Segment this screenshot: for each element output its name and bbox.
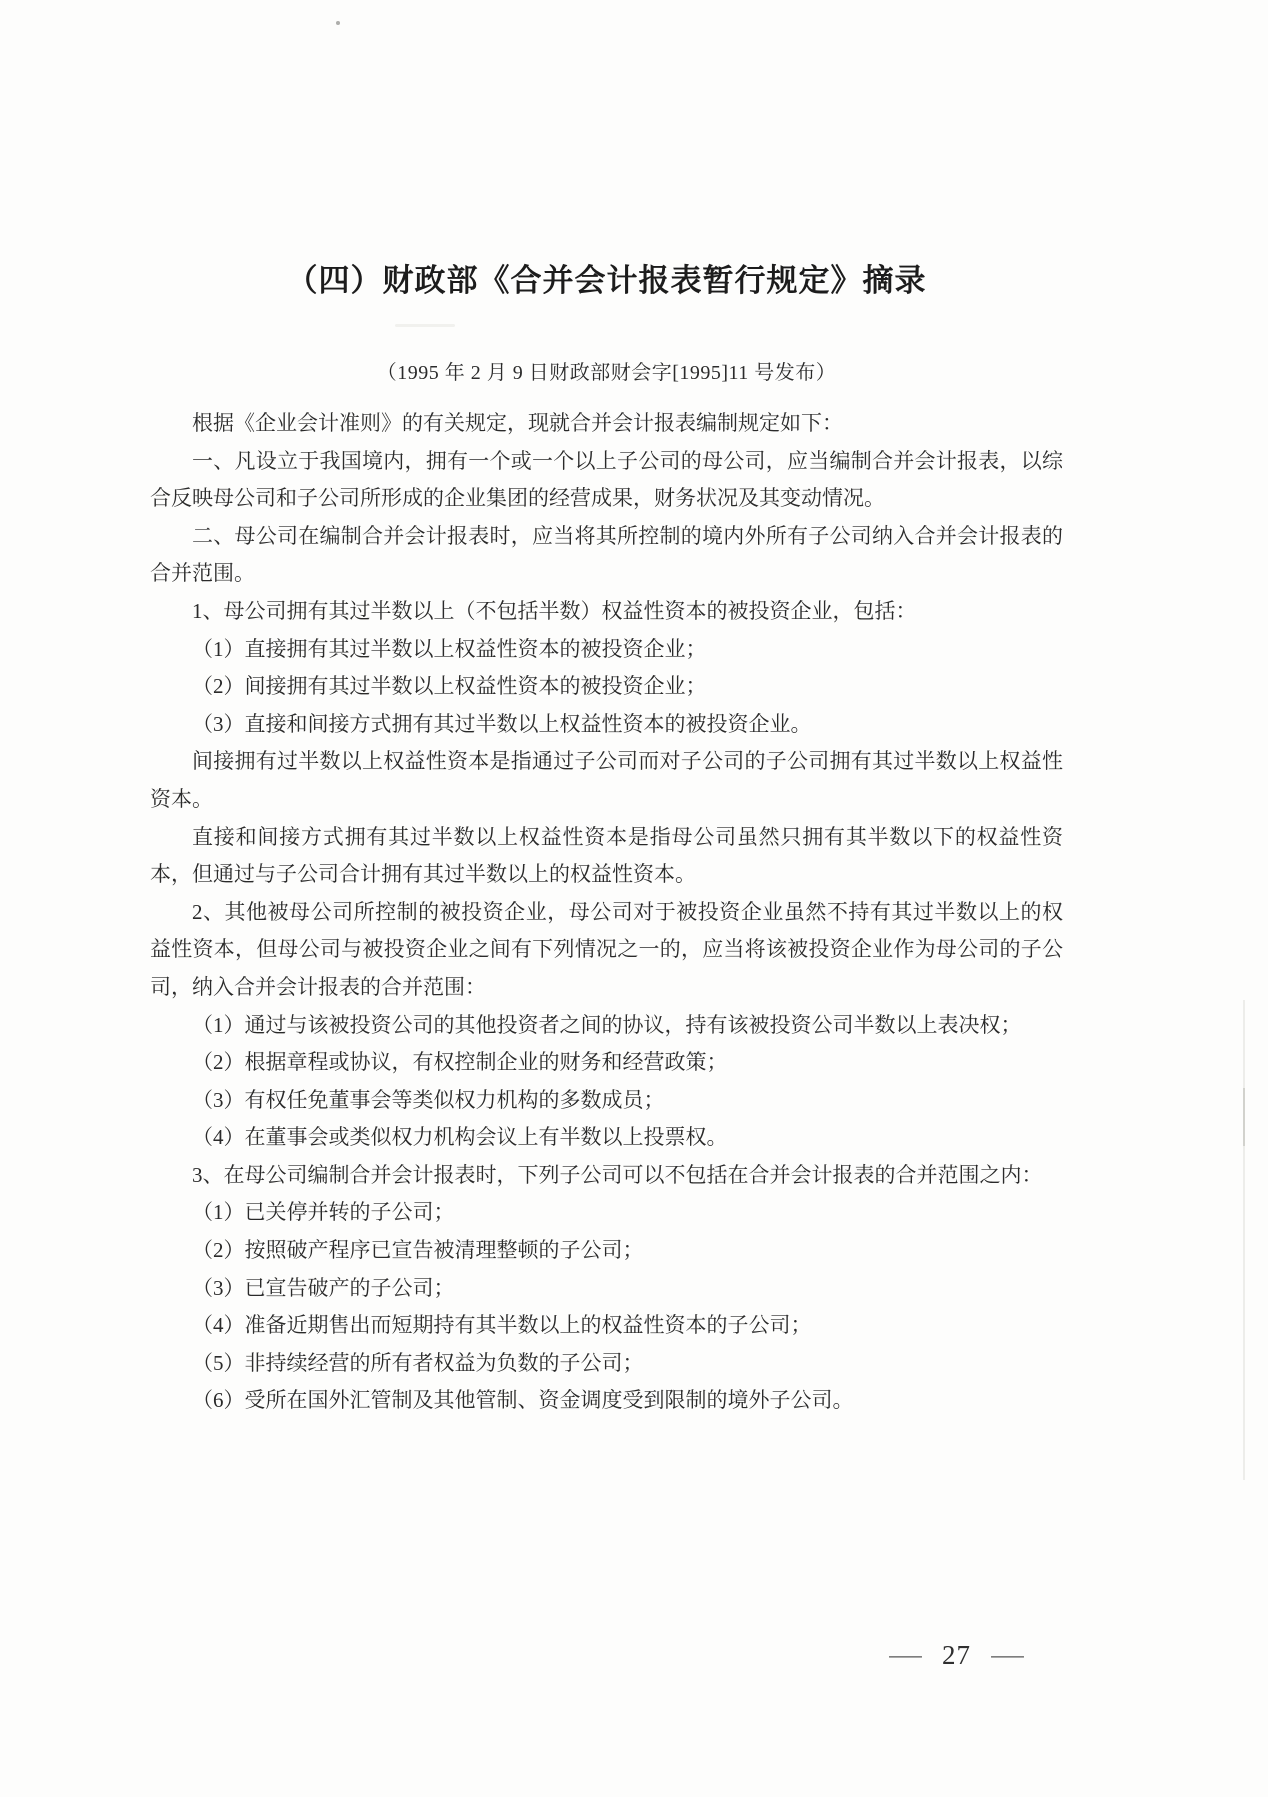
paragraph-item-1: 1、母公司拥有其过半数以上（不包括半数）权益性资本的被投资企业，包括： [150, 593, 1063, 631]
paragraph-item-3-3: （3）已宣告破产的子公司； [150, 1270, 1063, 1308]
paragraph-item-2-1: （1）通过与该被投资公司的其他投资者之间的协议，持有该被投资公司半数以上表决权； [150, 1007, 1063, 1045]
document-body: 根据《企业会计准则》的有关规定，现就合并会计报表编制规定如下： 一、凡设立于我国… [150, 405, 1063, 1420]
paragraph-note-direct-indirect: 直接和间接方式拥有其过半数以上权益性资本是指母公司虽然只拥有其半数以下的权益性资… [150, 819, 1063, 894]
page-footer: — 27 — [893, 1640, 1020, 1671]
paragraph-item-3-5: （5）非持续经营的所有者权益为负数的子公司； [150, 1345, 1063, 1383]
scan-edge-line [1243, 1000, 1245, 1480]
page-number: 27 [942, 1640, 971, 1671]
paragraph-article-2: 二、母公司在编制合并会计报表时，应当将其所控制的境内外所有子公司纳入合并会计报表… [150, 518, 1063, 593]
paragraph-item-3-4: （4）准备近期售出而短期持有其半数以上的权益性资本的子公司； [150, 1307, 1063, 1345]
paragraph-item-2-4: （4）在董事会或类似权力机构会议上有半数以上投票权。 [150, 1119, 1063, 1157]
footer-right-dash: — [991, 1642, 1024, 1670]
scan-edge-mark [1243, 1088, 1245, 1146]
paragraph-item-2: 2、其他被母公司所控制的被投资企业，母公司对于被投资企业虽然不持有其过半数以上的… [150, 894, 1063, 1007]
paragraph-note-indirect: 间接拥有过半数以上权益性资本是指通过子公司而对子公司的子公司拥有其过半数以上权益… [150, 743, 1063, 818]
paragraph-item-2-2: （2）根据章程或协议，有权控制企业的财务和经营政策； [150, 1044, 1063, 1082]
paragraph-intro: 根据《企业会计准则》的有关规定，现就合并会计报表编制规定如下： [150, 405, 1063, 443]
paragraph-item-1-2: （2）间接拥有其过半数以上权益性资本的被投资企业； [150, 668, 1063, 706]
paragraph-item-3-1: （1）已关停并转的子公司； [150, 1194, 1063, 1232]
publication-dateline: （1995 年 2 月 9 日财政部财会字[1995]11 号发布） [150, 356, 1063, 385]
paragraph-item-3-2: （2）按照破产程序已宣告被清理整顿的子公司； [150, 1232, 1063, 1270]
footer-left-dash: — [889, 1642, 922, 1670]
scanned-document-page: （四）财政部《合并会计报表暂行规定》摘录 （1995 年 2 月 9 日财政部财… [0, 0, 1268, 1797]
paragraph-article-1: 一、凡设立于我国境内，拥有一个或一个以上子公司的母公司，应当编制合并会计报表，以… [150, 443, 1063, 518]
paragraph-item-1-3: （3）直接和间接方式拥有其过半数以上权益性资本的被投资企业。 [150, 706, 1063, 744]
paragraph-item-3-6: （6）受所在国外汇管制及其他管制、资金调度受到限制的境外子公司。 [150, 1382, 1063, 1420]
paragraph-item-3: 3、在母公司编制合并会计报表时，下列子公司可以不包括在合并会计报表的合并范围之内… [150, 1157, 1063, 1195]
paragraph-item-1-1: （1）直接拥有其过半数以上权益性资本的被投资企业； [150, 631, 1063, 669]
document-content: （四）财政部《合并会计报表暂行规定》摘录 （1995 年 2 月 9 日财政部财… [150, 0, 1063, 1420]
page-title: （四）财政部《合并会计报表暂行规定》摘录 [150, 0, 1063, 300]
paragraph-item-2-3: （3）有权任免董事会等类似权力机构的多数成员； [150, 1082, 1063, 1120]
